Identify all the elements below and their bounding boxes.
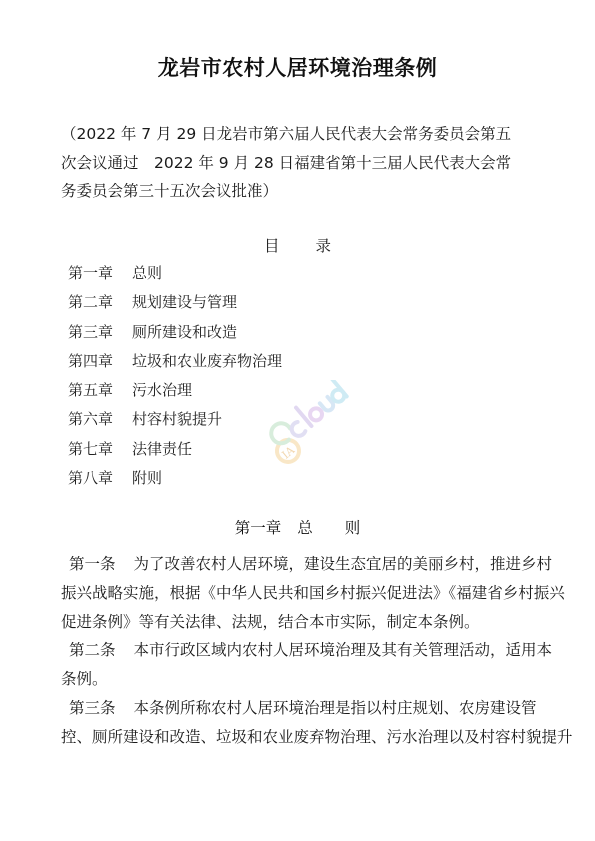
toc-item-label: 村容村貌提升 [132, 410, 222, 428]
adoption-note-line: （2022 年 7 月 29 日龙岩市第六届人民代表大会常务委员会第五 [61, 120, 559, 149]
toc-heading-left: 目 [264, 234, 280, 256]
chapter-heading: 第一章总则 [0, 516, 595, 538]
toc-item-number: 第四章 [68, 350, 132, 372]
chapter-body: 第一条为了改善农村人居环境，建设生态宜居的美丽乡村，推进乡村 振兴战略实施，根据… [61, 550, 561, 752]
article-text: 本市行政区域内农村人居环境治理及其有关管理活动，适用本 [134, 641, 553, 659]
toc-item-label: 污水治理 [132, 381, 192, 399]
article-text-line: 控、厕所建设和改造、垃圾和农业废弃物治理、污水治理以及村容村貌提升 [61, 723, 561, 752]
toc-item-number: 第一章 [68, 262, 132, 284]
toc-item-label: 厕所建设和改造 [132, 323, 237, 341]
toc-item[interactable]: 第六章村容村貌提升 [68, 408, 282, 437]
chapter-number: 第一章 [235, 519, 282, 537]
adoption-note: （2022 年 7 月 29 日龙岩市第六届人民代表大会常务委员会第五 次会议通… [61, 120, 559, 206]
article-text-line: 促进条例》等有关法律、法规，结合本市实际，制定本条例。 [61, 608, 561, 637]
toc-item-number: 第六章 [68, 408, 132, 430]
article-text: 本条例所称农村人居环境治理是指以村庄规划、农房建设管 [134, 699, 537, 717]
toc-item[interactable]: 第三章厕所建设和改造 [68, 321, 282, 350]
article-text-line: 条例。 [61, 665, 561, 694]
article-first-line: 第二条本市行政区域内农村人居环境治理及其有关管理活动，适用本 [61, 636, 561, 665]
toc-item-number: 第五章 [68, 379, 132, 401]
toc-heading: 目录 [0, 234, 595, 256]
toc-item-label: 垃圾和农业废弃物治理 [132, 352, 282, 370]
chapter-name-part: 则 [345, 519, 361, 537]
adoption-note-line: 次会议通过 2022 年 9 月 28 日福建省第十三届人民代表大会常 [61, 149, 559, 178]
toc-item[interactable]: 第四章垃圾和农业废弃物治理 [68, 350, 282, 379]
article-label: 第二条 [69, 636, 116, 665]
article-label: 第三条 [69, 694, 116, 723]
toc-item-number: 第三章 [68, 321, 132, 343]
article-label: 第一条 [69, 550, 116, 579]
article-text: 为了改善农村人居环境，建设生态宜居的美丽乡村，推进乡村 [134, 555, 553, 573]
article-first-line: 第三条本条例所称农村人居环境治理是指以村庄规划、农房建设管 [61, 694, 561, 723]
toc-item-number: 第八章 [68, 467, 132, 489]
article-text-line: 振兴战略实施，根据《中华人民共和国乡村振兴促进法》《福建省乡村振兴 [61, 579, 561, 608]
toc-item[interactable]: 第二章规划建设与管理 [68, 291, 282, 320]
toc-item-number: 第二章 [68, 291, 132, 313]
toc-item-label: 总则 [132, 264, 162, 282]
toc-item-label: 法律责任 [132, 440, 192, 458]
toc-item[interactable]: 第五章污水治理 [68, 379, 282, 408]
toc-item-label: 附则 [132, 469, 162, 487]
toc-item[interactable]: 第七章法律责任 [68, 438, 282, 467]
toc-item[interactable]: 第八章附则 [68, 467, 282, 496]
toc-heading-right: 录 [316, 234, 332, 256]
article-first-line: 第一条为了改善农村人居环境，建设生态宜居的美丽乡村，推进乡村 [61, 550, 561, 579]
document-title: 龙岩市农村人居环境治理条例 [0, 52, 595, 82]
toc-item[interactable]: 第一章总则 [68, 262, 282, 291]
chapter-name-part: 总 [297, 519, 313, 537]
adoption-note-line: 务委员会第三十五次会议批准） [61, 177, 559, 206]
toc-item-number: 第七章 [68, 438, 132, 460]
table-of-contents: 第一章总则 第二章规划建设与管理 第三章厕所建设和改造 第四章垃圾和农业废弃物治… [68, 262, 282, 496]
document-page: 龙岩市农村人居环境治理条例 （2022 年 7 月 29 日龙岩市第六届人民代表… [0, 0, 595, 841]
cloud-logo-watermark-icon: IA [258, 380, 358, 470]
toc-item-label: 规划建设与管理 [132, 293, 237, 311]
